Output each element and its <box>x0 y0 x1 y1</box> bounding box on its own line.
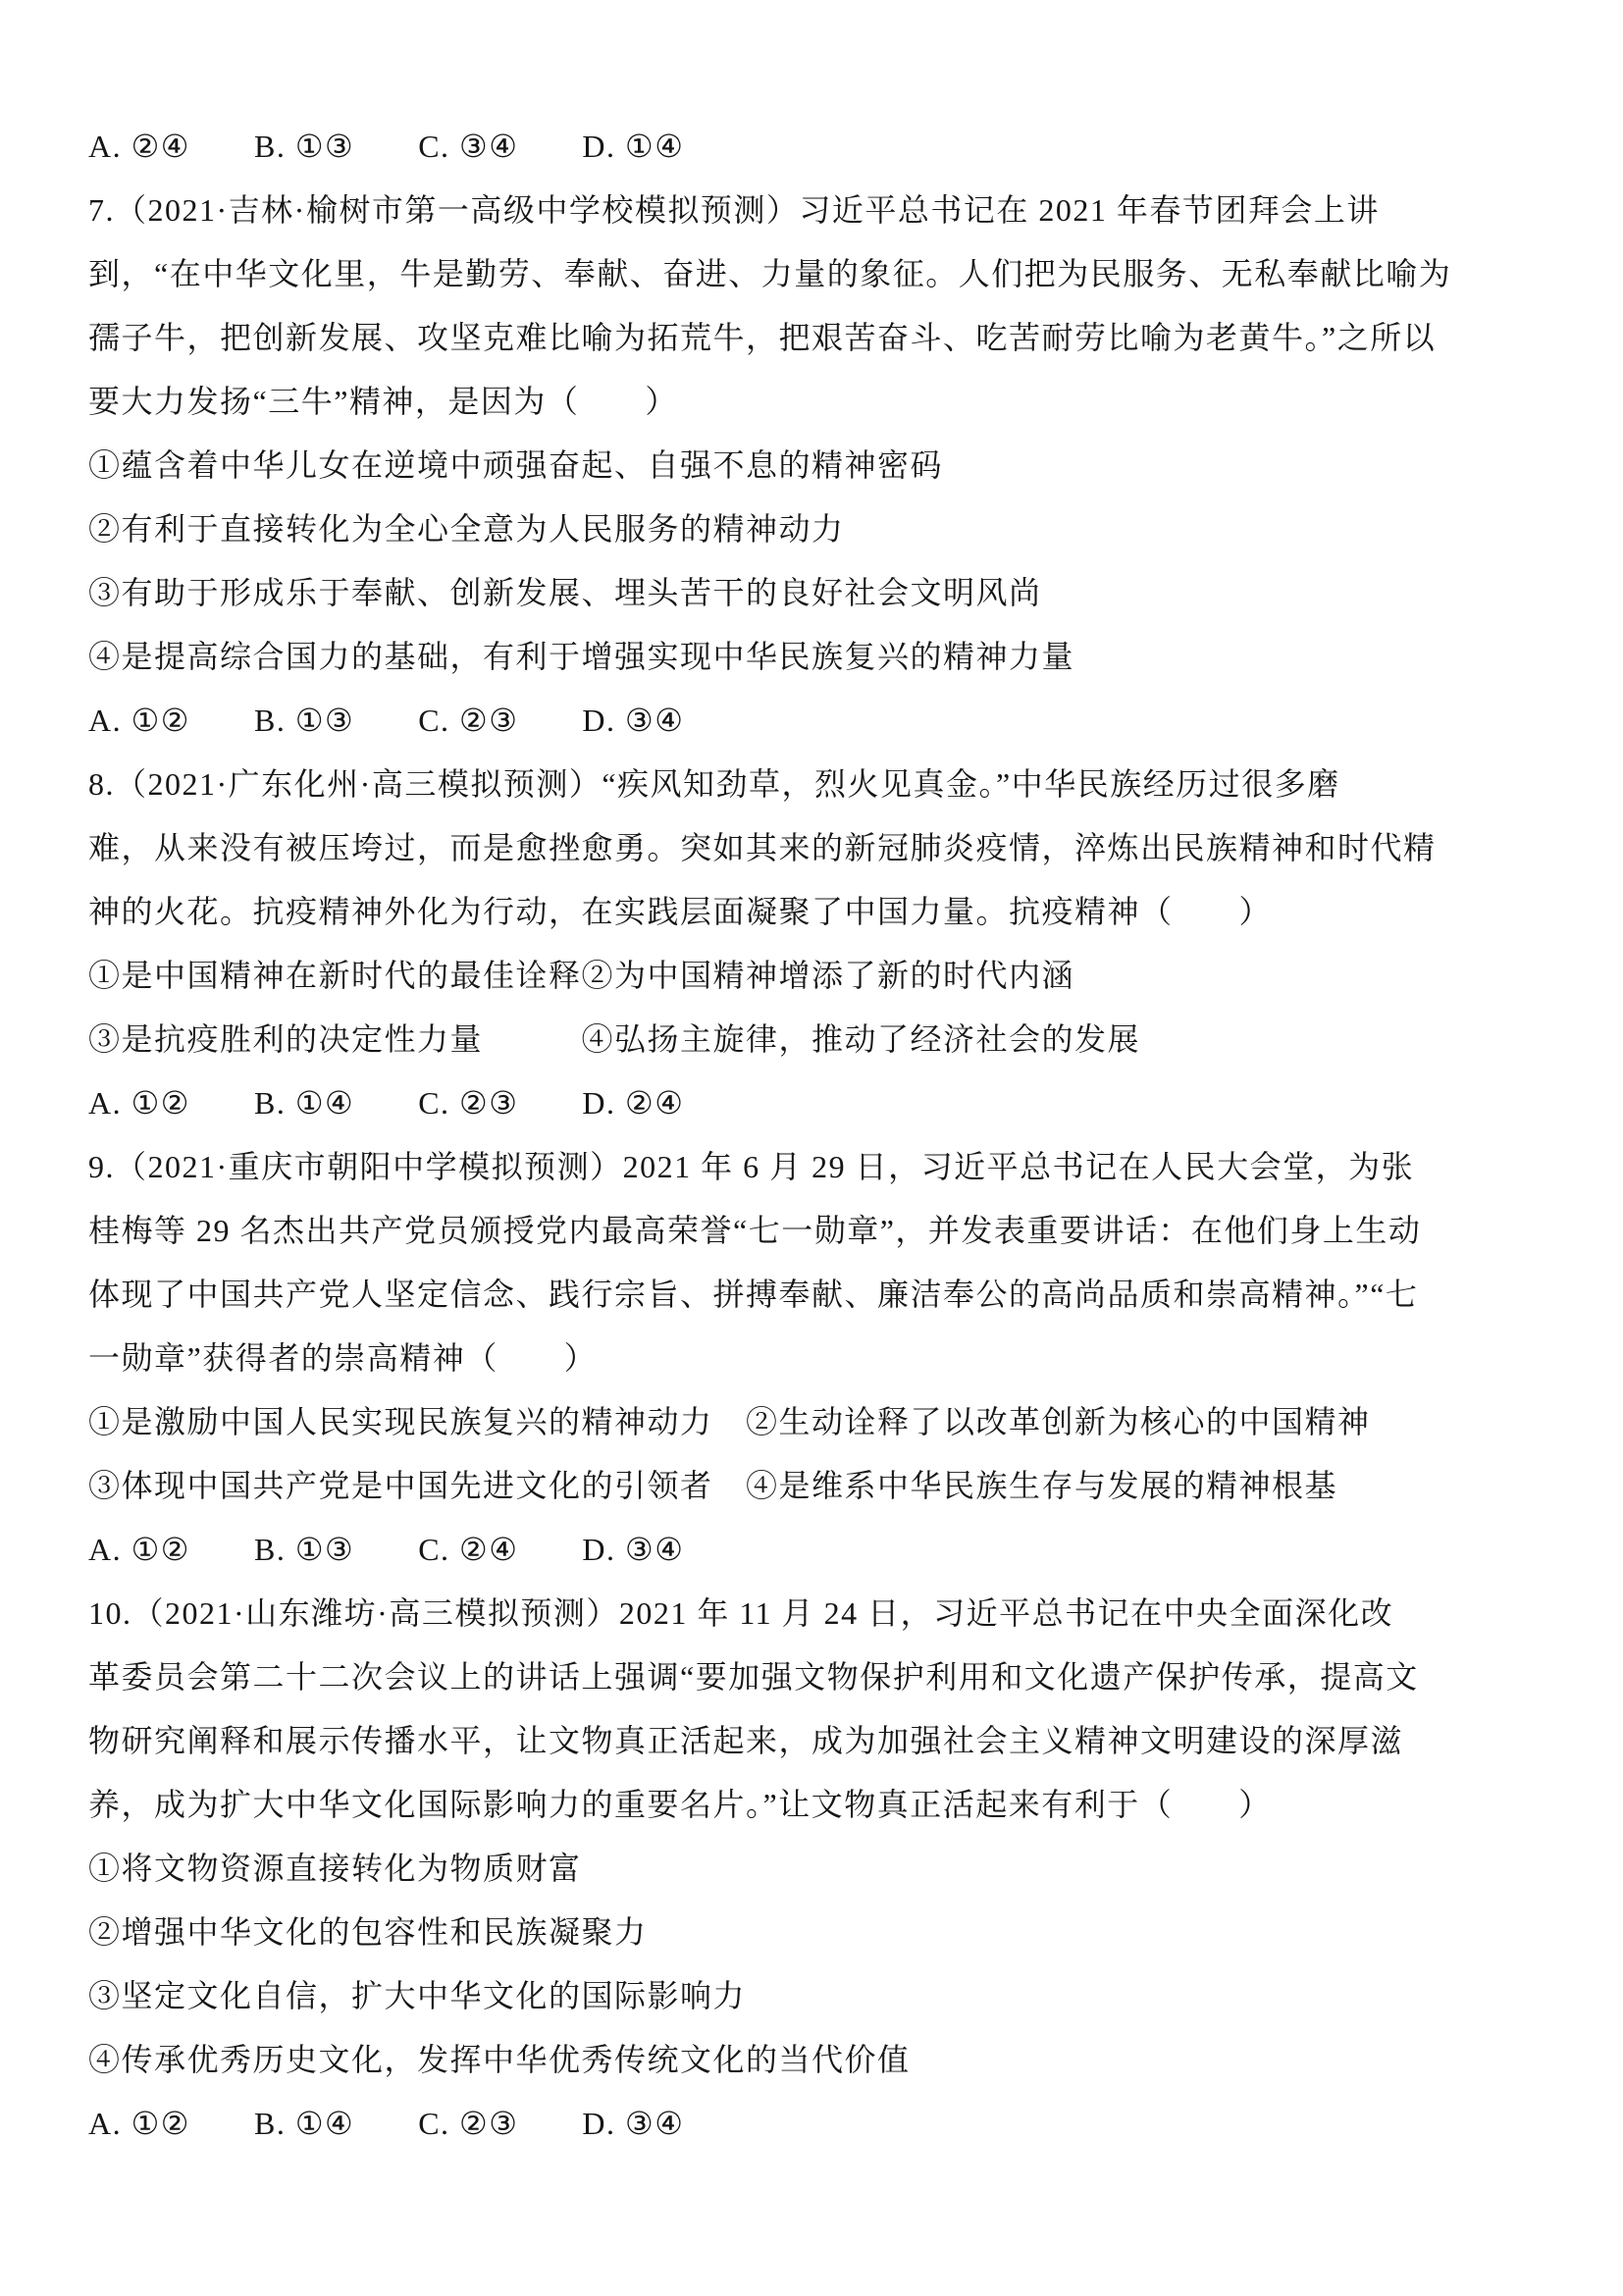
question-stem-line: 革委员会第二十二次会议上的讲话上强调“要加强文物保护利用和文化遗产保护传承，提高… <box>88 1645 1546 1709</box>
exam-page: A. ②④ B. ①③ C. ③④ D. ①④ 7.（2021·吉林·榆树市第一… <box>0 0 1623 2156</box>
answer-option-c: C. ②③ <box>418 1071 518 1135</box>
answer-option-a: A. ①② <box>88 1071 190 1135</box>
question-stem-line: 养，成为扩大中华文化国际影响力的重要名片。”让文物真正活起来有利于（ ） <box>88 1773 1546 1837</box>
option-line: ③是抗疫胜利的决定性力量 ④弘扬主旋律，推动了经济社会的发展 <box>88 1008 1546 1071</box>
option-line: ④传承优秀历史文化，发挥中华优秀传统文化的当代价值 <box>88 2028 1546 2092</box>
question-8: 8.（2021·广东化州·高三模拟预测）“疾风知劲草，烈火见真金。”中华民族经历… <box>88 753 1546 1135</box>
answer-option-d: D. ②④ <box>582 1071 684 1135</box>
question-stem-line: 神的火花。抗疫精神外化为行动，在实践层面凝聚了中国力量。抗疫精神（ ） <box>88 880 1546 944</box>
answer-option-d: D. ③④ <box>582 2092 684 2156</box>
answer-option-a: A. ②④ <box>88 115 190 179</box>
question-9: 9.（2021·重庆市朝阳中学模拟预测）2021 年 6 月 29 日，习近平总… <box>88 1135 1546 1582</box>
answer-option-b: B. ①③ <box>254 689 354 753</box>
answer-option-a: A. ①② <box>88 1518 190 1582</box>
answer-option-c: C. ②④ <box>418 1518 518 1582</box>
question-stem-line: 9.（2021·重庆市朝阳中学模拟预测）2021 年 6 月 29 日，习近平总… <box>88 1135 1546 1199</box>
option-line: ③坚定文化自信，扩大中华文化的国际影响力 <box>88 1964 1546 2028</box>
question-stem-line: 要大力发扬“三牛”精神，是因为（ ） <box>88 370 1546 434</box>
question-stem-line: 到，“在中华文化里，牛是勤劳、奉献、奋进、力量的象征。人们把为民服务、无私奉献比… <box>88 242 1546 306</box>
answer-row-q7: A. ①② B. ①③ C. ②③ D. ③④ <box>88 689 1546 753</box>
answer-option-a: A. ①② <box>88 2092 190 2156</box>
question-stem-line: 孺子牛，把创新发展、攻坚克难比喻为拓荒牛，把艰苦奋斗、吃苦耐劳比喻为老黄牛。”之… <box>88 306 1546 370</box>
question-stem-line: 8.（2021·广东化州·高三模拟预测）“疾风知劲草，烈火见真金。”中华民族经历… <box>88 753 1546 816</box>
option-line: ③有助于形成乐于奉献、创新发展、埋头苦干的良好社会文明风尚 <box>88 561 1546 625</box>
question-stem-line: 体现了中国共产党人坚定信念、践行宗旨、拼搏奉献、廉洁奉公的高尚品质和崇高精神。”… <box>88 1263 1546 1327</box>
answer-option-c: C. ③④ <box>418 115 518 179</box>
question-stem-line: 桂梅等 29 名杰出共产党员颁授党内最高荣誉“七一勋章”，并发表重要讲话：在他们… <box>88 1199 1546 1263</box>
option-line: ①将文物资源直接转化为物质财富 <box>88 1837 1546 1901</box>
option-line: ④是提高综合国力的基础，有利于增强实现中华民族复兴的精神力量 <box>88 625 1546 689</box>
option-line: ②有利于直接转化为全心全意为人民服务的精神动力 <box>88 497 1546 561</box>
question-10: 10.（2021·山东潍坊·高三模拟预测）2021 年 11 月 24 日，习近… <box>88 1582 1546 2156</box>
option-line: ①蕴含着中华儿女在逆境中顽强奋起、自强不息的精神密码 <box>88 434 1546 497</box>
question-7: 7.（2021·吉林·榆树市第一高级中学校模拟预测）习近平总书记在 2021 年… <box>88 179 1546 753</box>
option-line: ①是中国精神在新时代的最佳诠释②为中国精神增添了新的时代内涵 <box>88 944 1546 1008</box>
answer-row-q10: A. ①② B. ①④ C. ②③ D. ③④ <box>88 2092 1546 2156</box>
question-stem-line: 难，从来没有被压垮过，而是愈挫愈勇。突如其来的新冠肺炎疫情，淬炼出民族精神和时代… <box>88 816 1546 880</box>
question-stem-line: 物研究阐释和展示传播水平，让文物真正活起来，成为加强社会主义精神文明建设的深厚滋 <box>88 1709 1546 1773</box>
answer-option-b: B. ①④ <box>254 1071 354 1135</box>
option-line: ③体现中国共产党是中国先进文化的引领者 ④是维系中华民族生存与发展的精神根基 <box>88 1454 1546 1518</box>
answer-option-c: C. ②③ <box>418 2092 518 2156</box>
answer-option-d: D. ③④ <box>582 1518 684 1582</box>
answer-row-q9: A. ①② B. ①③ C. ②④ D. ③④ <box>88 1518 1546 1582</box>
answer-row-q8: A. ①② B. ①④ C. ②③ D. ②④ <box>88 1071 1546 1135</box>
question-stem-line: 10.（2021·山东潍坊·高三模拟预测）2021 年 11 月 24 日，习近… <box>88 1582 1546 1645</box>
answer-option-c: C. ②③ <box>418 689 518 753</box>
answer-option-d: D. ①④ <box>582 115 684 179</box>
answer-option-a: A. ①② <box>88 689 190 753</box>
question-stem-line: 7.（2021·吉林·榆树市第一高级中学校模拟预测）习近平总书记在 2021 年… <box>88 179 1546 242</box>
answer-option-b: B. ①④ <box>254 2092 354 2156</box>
answer-row-q6: A. ②④ B. ①③ C. ③④ D. ①④ <box>88 115 1546 179</box>
option-line: ①是激励中国人民实现民族复兴的精神动力 ②生动诠释了以改革创新为核心的中国精神 <box>88 1390 1546 1454</box>
answer-option-b: B. ①③ <box>254 1518 354 1582</box>
answer-option-d: D. ③④ <box>582 689 684 753</box>
option-line: ②增强中华文化的包容性和民族凝聚力 <box>88 1901 1546 1964</box>
question-stem-line: 一勋章”获得者的崇高精神（ ） <box>88 1327 1546 1390</box>
answer-option-b: B. ①③ <box>254 115 354 179</box>
